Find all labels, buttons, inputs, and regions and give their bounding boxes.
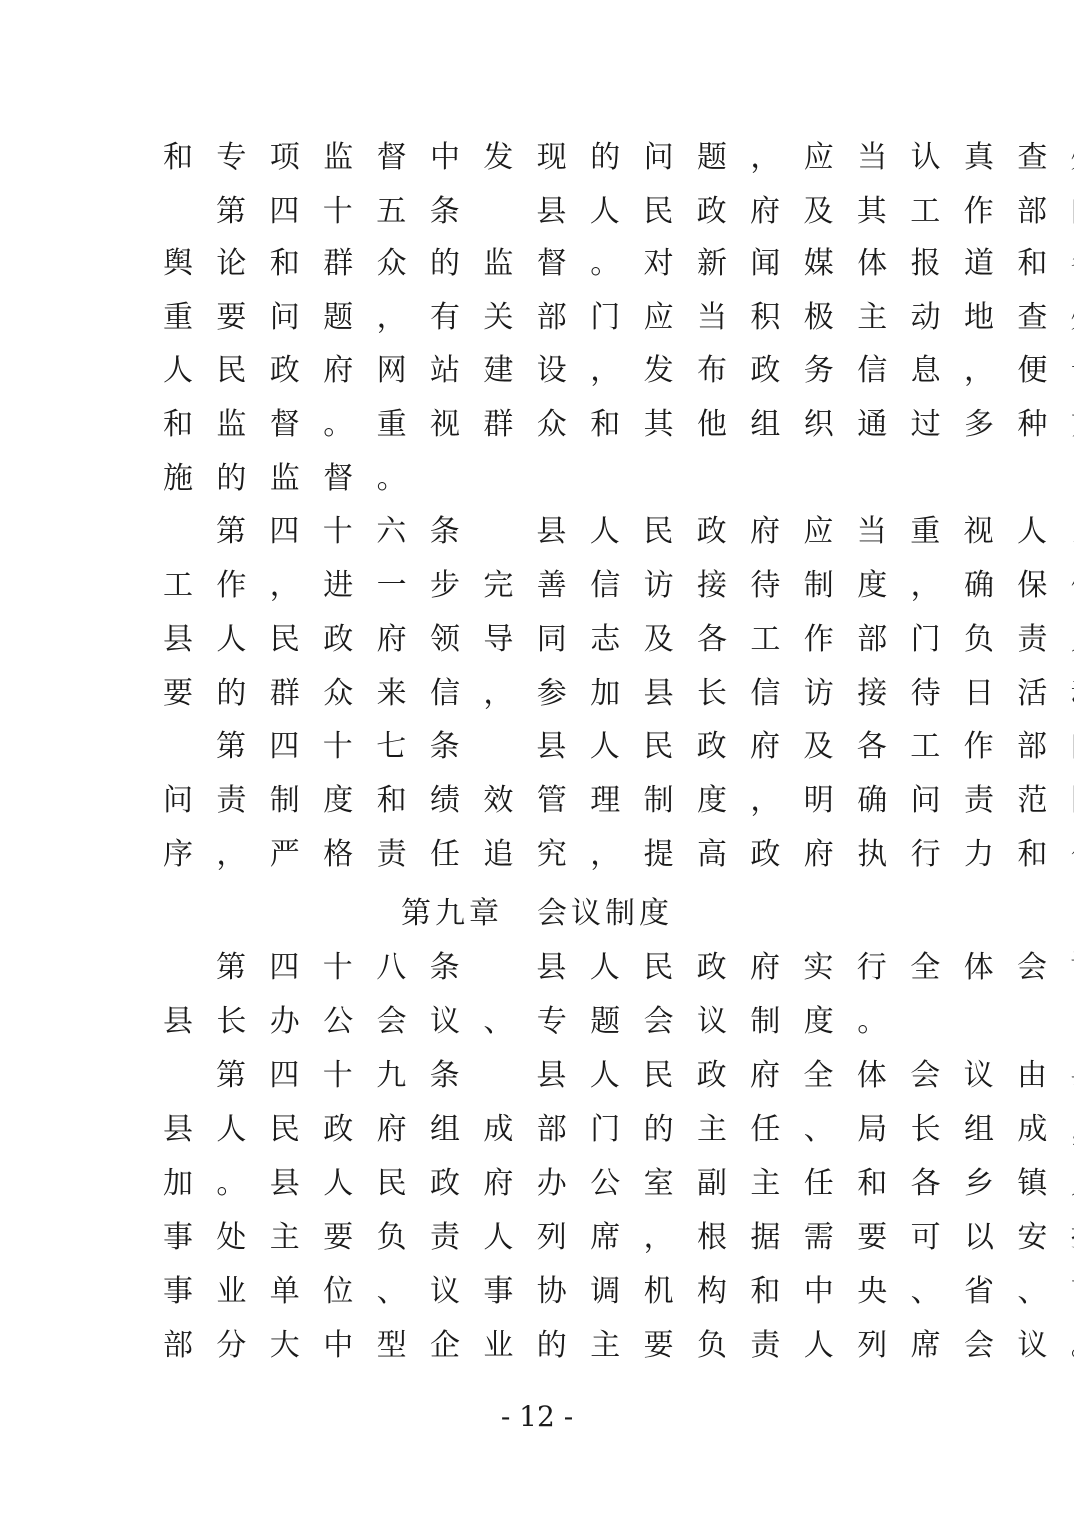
paragraph-line: 重要问题，有关部门应当积极主动地查处和整改。加强县 xyxy=(163,291,923,345)
article-48-first-line: 第四十八条 县人民政府实行全体会议、常务会议、 xyxy=(216,941,976,995)
page-number: - 12 - xyxy=(0,1397,1074,1437)
paragraph-line: 序，严格责任追究，提高政府执行力和公信力。 xyxy=(163,828,923,882)
paragraph-line: 县人民政府组成部门的主任、局长组成，县人武部部长参 xyxy=(163,1103,923,1157)
paragraph-line: 人民政府网站建设，发布政务信息，便于群众知情、参与 xyxy=(163,344,923,398)
paragraph-line: 事业单位、议事协调机构和中央、省、市驻习有关单位、 xyxy=(163,1265,923,1319)
paragraph-line: 事处主要负责人列席，根据需要可以安排县人民政府有关 xyxy=(163,1211,923,1265)
paragraph-line: 施的监督。 xyxy=(163,452,923,506)
paragraph-line: 和专项监督中发现的问题，应当认真查处和整改。 xyxy=(163,131,923,185)
paragraph-line: 部分大中型企业的主要负责人列席会议。 xyxy=(163,1319,923,1373)
paragraph-line: 舆论和群众的监督。对新闻媒体报道和各方面反映的重大 xyxy=(163,237,923,291)
paragraph-line: 问责制度和绩效管理制度，明确问责范围，规范问责程 xyxy=(163,774,923,828)
paragraph-line: 和监督。重视群众和其他组织通过多种方式对行政行为实 xyxy=(163,398,923,452)
paragraph-line: 县长办公会议、专题会议制度。 xyxy=(163,995,923,1049)
article-47-first-line: 第四十七条 县人民政府及各工作部门应当推行行政 xyxy=(216,720,976,774)
paragraph-line: 要的群众来信，参加县长信访接待日活动接访群众。 xyxy=(163,667,923,721)
paragraph-line: 县人民政府领导同志及各工作部门负责人应当亲自阅批重 xyxy=(163,613,923,667)
article-46-first-line: 第四十六条 县人民政府应当重视人民群众来信来访 xyxy=(216,505,976,559)
article-49-first-line: 第四十九条 县人民政府全体会议由县长、副县长和 xyxy=(216,1049,976,1103)
document-page: 和专项监督中发现的问题，应当认真查处和整改。 第四十五条 县人民政府及其工作部门… xyxy=(0,0,1074,1520)
article-45-first-line: 第四十五条 县人民政府及其工作部门应当接受新闻 xyxy=(216,185,976,239)
paragraph-line: 加。县人民政府办公室副主任和各乡镇人民政府、街道办 xyxy=(163,1157,923,1211)
chapter-heading: 第九章 会议制度 xyxy=(0,887,1074,941)
paragraph-line: 工作，进一步完善信访接待制度，确保信访渠道的畅通； xyxy=(163,559,923,613)
